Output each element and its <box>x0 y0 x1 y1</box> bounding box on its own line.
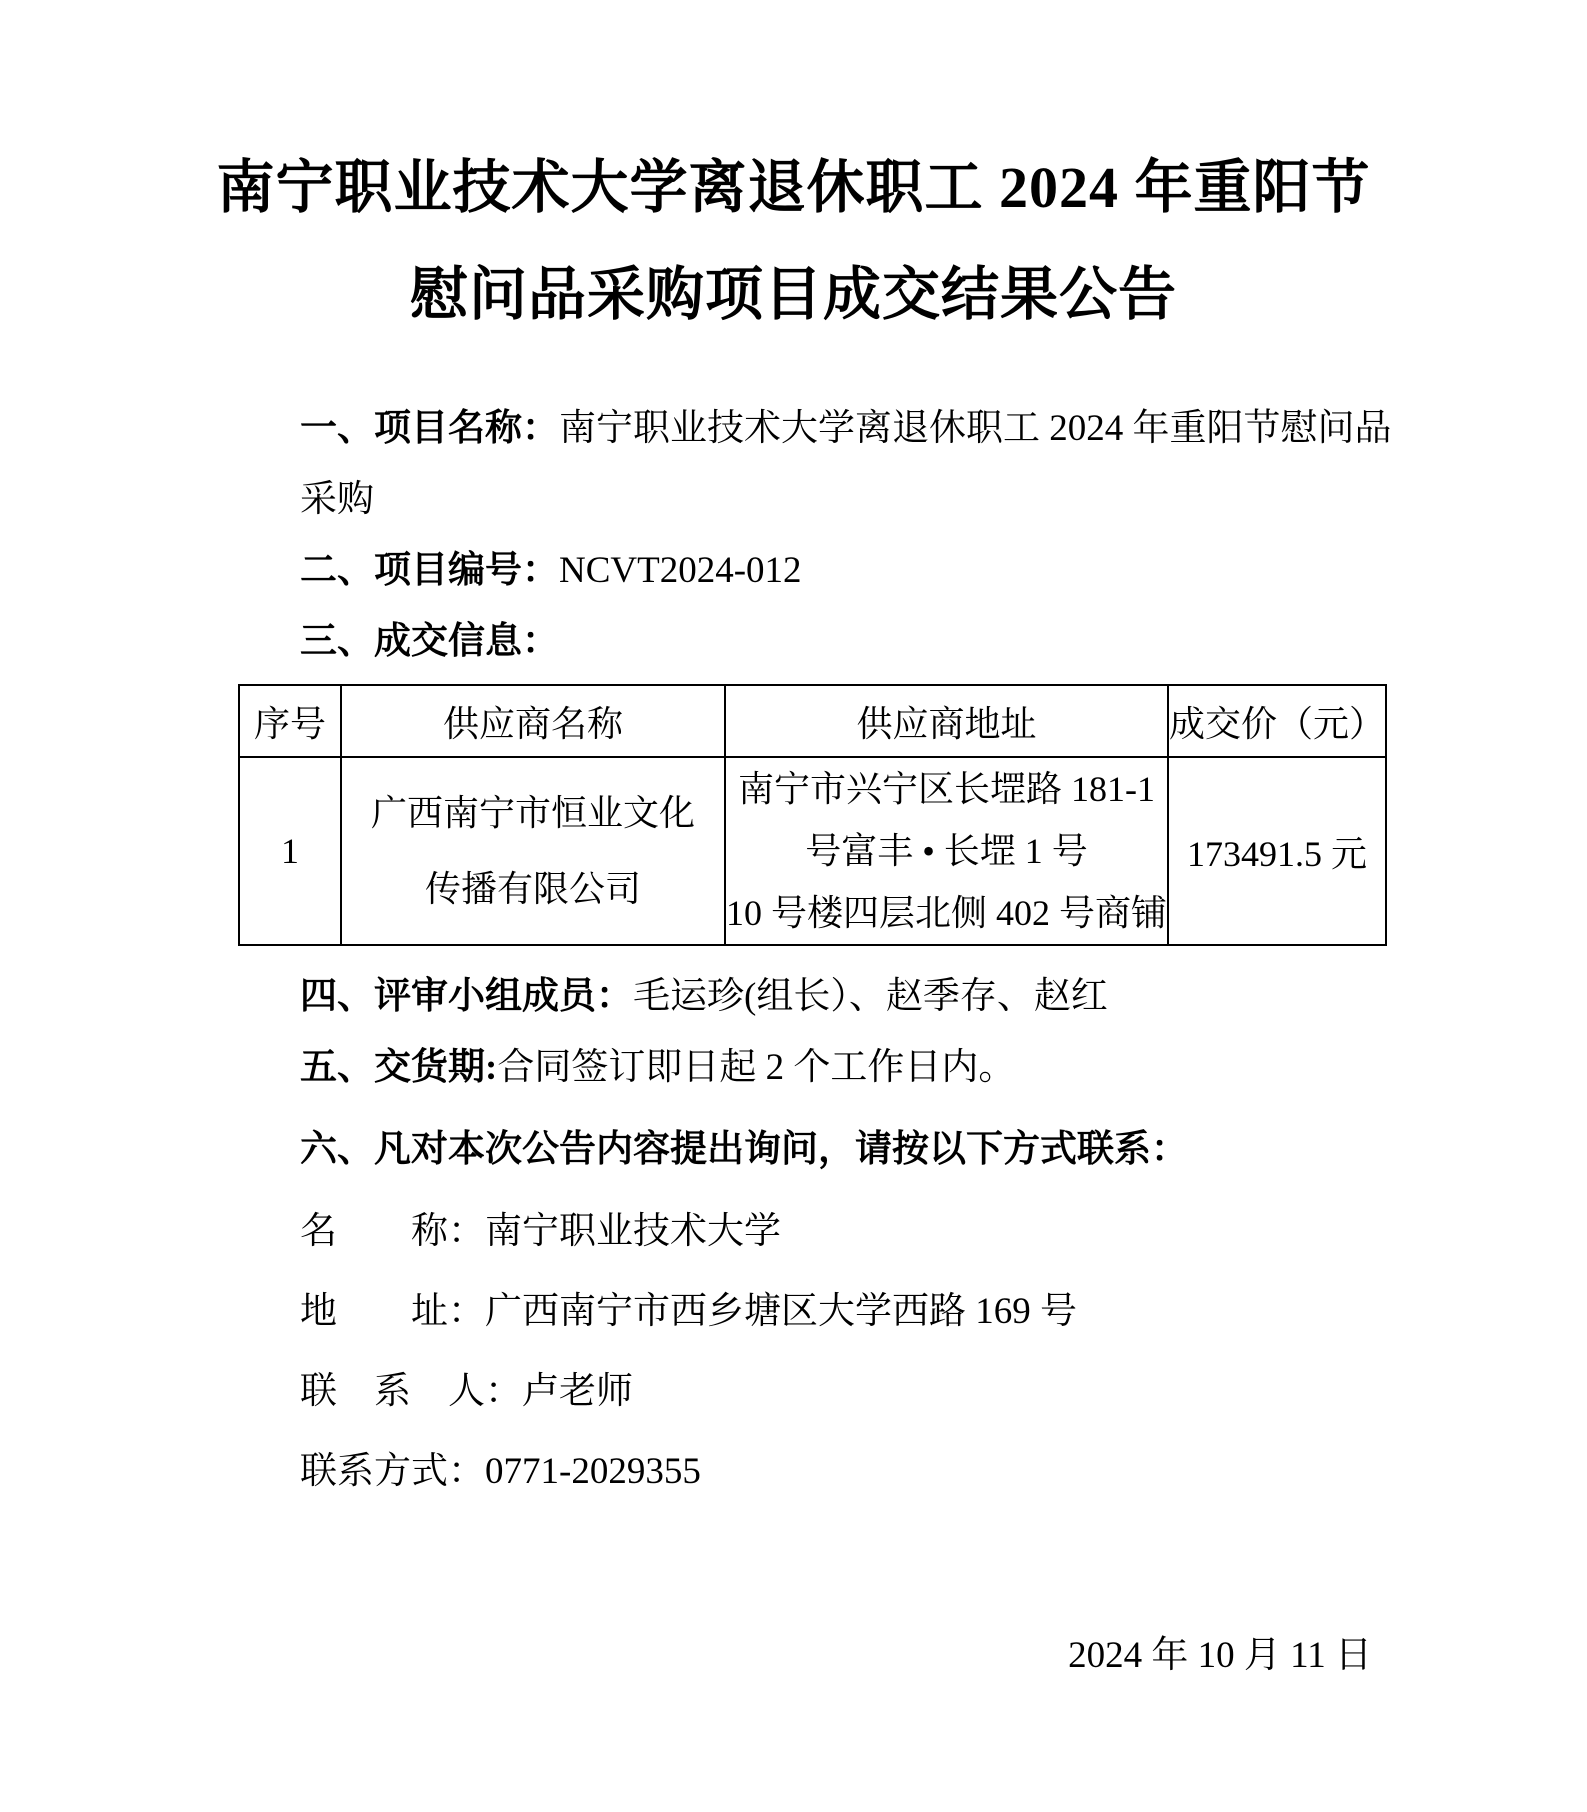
contact-address-label: 地 址： <box>300 1291 485 1332</box>
section-project-name: 一、项目名称：南宁职业技术大学离退休职工 2024 年重阳节慰问品 <box>300 406 1392 451</box>
section-project-name-label: 一、项目名称： <box>300 408 559 449</box>
section-project-name-value: 南宁职业技术大学离退休职工 2024 年重阳节慰问品 <box>559 408 1392 449</box>
section-review-team-label: 四、评审小组成员： <box>300 976 633 1017</box>
section-project-number-value: NCVT2024-012 <box>559 550 802 591</box>
section-delivery-label: 五、交货期: <box>300 1047 497 1088</box>
supplier-address-line-3: 10 号楼四层北侧 402 号商铺 <box>726 882 1167 944</box>
section-deal-info: 三、成交信息： <box>300 619 559 664</box>
contact-phone-label: 联系方式： <box>300 1451 485 1492</box>
section-project-number: 二、项目编号：NCVT2024-012 <box>300 548 802 593</box>
supplier-name-line-2: 传播有限公司 <box>342 851 724 927</box>
section-review-team: 四、评审小组成员：毛运珍(组长）、赵季存、赵红 <box>300 974 1108 1019</box>
cell-supplier-address: 南宁市兴宁区长堽路 181-1 号富丰 • 长堽 1 号 10 号楼四层北侧 4… <box>725 757 1168 945</box>
announcement-page: 南宁职业技术大学离退休职工 2024 年重阳节 慰问品采购项目成交结果公告 一、… <box>0 0 1587 1812</box>
contact-person-value: 卢老师 <box>522 1371 633 1412</box>
cell-index: 1 <box>239 757 341 945</box>
section-review-team-value: 毛运珍(组长）、赵季存、赵红 <box>633 976 1108 1017</box>
section-project-name-wrap: 采购 <box>300 477 374 522</box>
contact-person-label: 联 系 人： <box>300 1371 522 1412</box>
supplier-name-line-1: 广西南宁市恒业文化 <box>342 775 724 851</box>
announcement-date: 2024 年 10 月 11 日 <box>1068 1633 1372 1678</box>
section-delivery: 五、交货期:合同签订即日起 2 个工作日内。 <box>300 1045 1025 1090</box>
document-title: 南宁职业技术大学离退休职工 2024 年重阳节 慰问品采购项目成交结果公告 <box>0 134 1587 348</box>
title-line-2: 慰问品采购项目成交结果公告 <box>0 241 1587 348</box>
section-project-number-label: 二、项目编号： <box>300 550 559 591</box>
contact-address-value: 广西南宁市西乡塘区大学西路 169 号 <box>485 1291 1077 1332</box>
contact-phone-value: 0771-2029355 <box>485 1451 701 1492</box>
contact-name-label: 名 称： <box>300 1211 485 1252</box>
contact-address-line: 地 址：广西南宁市西乡塘区大学西路 169 号 <box>300 1289 1077 1334</box>
col-header-supplier-address: 供应商地址 <box>725 685 1168 757</box>
section-delivery-value: 合同签订即日起 2 个工作日内。 <box>497 1047 1015 1088</box>
col-header-price: 成交价（元） <box>1168 685 1386 757</box>
supplier-address-line-2: 号富丰 • 长堽 1 号 <box>726 820 1167 882</box>
deal-result-table: 序号 供应商名称 供应商地址 成交价（元） 1 广西南宁市恒业文化 传播有限公司… <box>238 684 1387 946</box>
contact-phone-line: 联系方式：0771-2029355 <box>300 1449 701 1494</box>
table-row: 1 广西南宁市恒业文化 传播有限公司 南宁市兴宁区长堽路 181-1 号富丰 •… <box>239 757 1386 945</box>
cell-supplier-name: 广西南宁市恒业文化 传播有限公司 <box>341 757 725 945</box>
supplier-address-line-1: 南宁市兴宁区长堽路 181-1 <box>726 758 1167 820</box>
table-header-row: 序号 供应商名称 供应商地址 成交价（元） <box>239 685 1386 757</box>
title-line-1: 南宁职业技术大学离退休职工 2024 年重阳节 <box>0 134 1587 241</box>
section-inquiry-label: 六、凡对本次公告内容提出询问，请按以下方式联系： <box>300 1129 1188 1170</box>
contact-name-line: 名 称：南宁职业技术大学 <box>300 1209 781 1254</box>
section-inquiry: 六、凡对本次公告内容提出询问，请按以下方式联系： <box>300 1127 1188 1172</box>
col-header-supplier-name: 供应商名称 <box>341 685 725 757</box>
col-header-index: 序号 <box>239 685 341 757</box>
section-deal-info-label: 三、成交信息： <box>300 621 559 662</box>
contact-name-value: 南宁职业技术大学 <box>485 1211 781 1252</box>
cell-price: 173491.5 元 <box>1168 757 1386 945</box>
contact-person-line: 联 系 人：卢老师 <box>300 1369 633 1414</box>
